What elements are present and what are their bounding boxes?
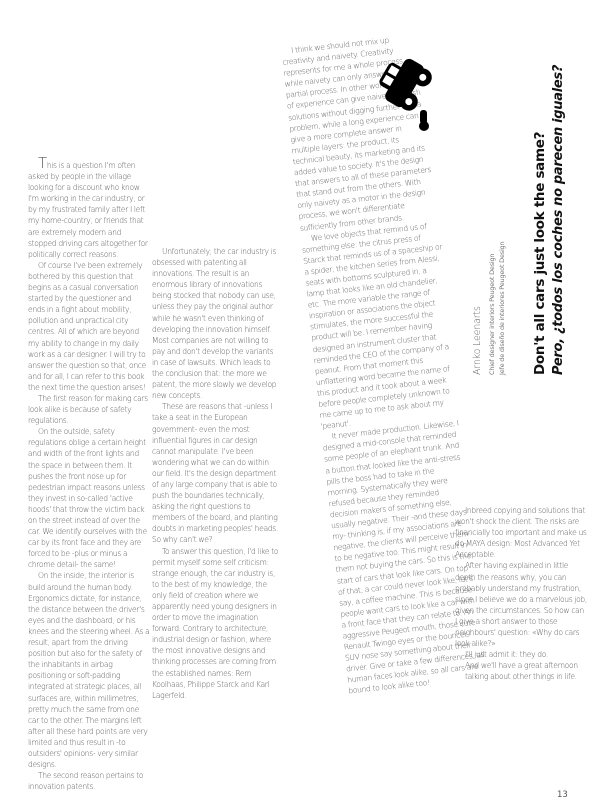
author-name: Arnko Leenarts xyxy=(472,306,483,375)
car-tipping-logo-icon xyxy=(378,30,438,140)
article-column-4: Inbreed copying and solutions that won't… xyxy=(455,505,587,683)
page-number: 13 xyxy=(557,790,568,800)
paragraph: The first reason for making cars look al… xyxy=(28,393,150,426)
paragraph: Inbreed copying and solutions that won't… xyxy=(455,505,587,560)
paragraph: The second reason pertains to innovation… xyxy=(28,770,150,792)
paragraph: We love objects that remind us of someth… xyxy=(300,219,460,432)
paragraph: Of course I've been extremely bothered b… xyxy=(28,260,150,393)
article-title-spanish: Pero, ¿todos los coches no parecen igual… xyxy=(551,65,566,375)
paragraph: On the inside, the interior is build aro… xyxy=(28,570,150,770)
paragraph: To answer this question, I'd like to per… xyxy=(152,546,280,701)
author-role-spanish: Jefe de diseño de interiores Peugeot Des… xyxy=(498,242,506,375)
article-title-english: Don't all cars just look the same? xyxy=(532,132,548,375)
paragraph: Unfortunately, the car industry is obses… xyxy=(152,246,280,401)
article-column-2: Unfortunately, the car industry is obses… xyxy=(152,246,280,701)
paragraph: I'll just admit it: they do. xyxy=(455,649,587,660)
article-column-1: This is a question I'm often asked by pe… xyxy=(28,158,150,792)
paragraph: After having explained in little depth t… xyxy=(455,560,587,649)
paragraph: These are reasons that -unless I take a … xyxy=(152,401,280,545)
author-role-english: Chief designer interiors Peugeot Design xyxy=(488,254,496,375)
paragraph: On the outside, safety regulations oblig… xyxy=(28,426,150,570)
paragraph: This is a question I'm often asked by pe… xyxy=(28,158,150,260)
paragraph: And we'll have a great afternoon talking… xyxy=(455,660,587,682)
